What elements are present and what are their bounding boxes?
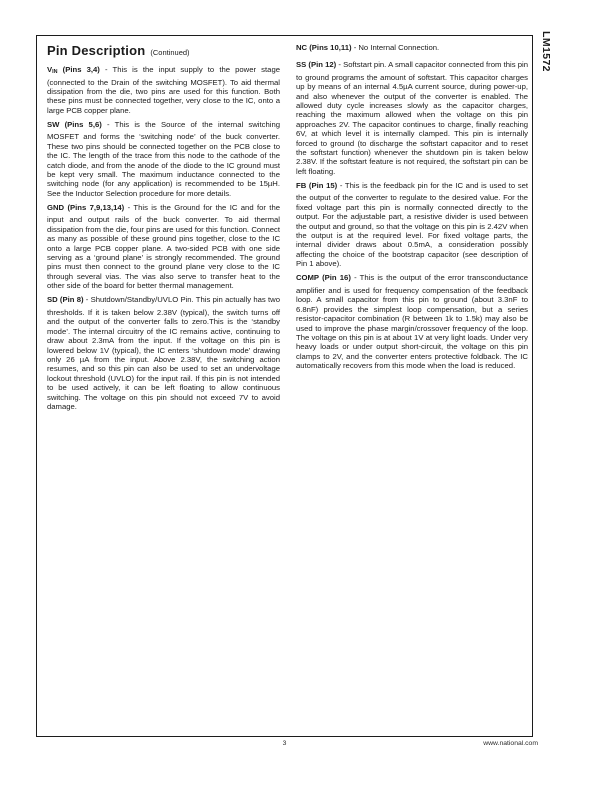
pin-name-gnd: GND (Pins 7,9,13,14) (47, 203, 124, 212)
pin-paragraph-sw: SW (Pins 5,6) - This is the Source of th… (47, 120, 280, 198)
pin-lead: GND (Pins 7,9,13,14) (47, 203, 124, 212)
content-border-box: Pin Description(Continued) VIN (Pins 3,4… (36, 35, 533, 737)
pin-paragraph-sd: SD (Pin 8) - Shutdown/Standby/UVLO Pin. … (47, 295, 280, 411)
pin-name-vin: VIN (Pins 3,4) (47, 65, 100, 74)
section-title-continued: (Continued) (150, 48, 189, 57)
pin-name-fb: FB (Pin 15) (296, 181, 337, 190)
pin-paragraph-ss: SS (Pin 12) - Softstart pin. A small cap… (296, 60, 528, 176)
pin-lead: COMP (Pin 16) (296, 273, 351, 282)
pin-body: - No Internal Connection. (354, 43, 439, 52)
pin-lead: FB (Pin 15) (296, 181, 337, 190)
website-text: www.national.com (483, 740, 538, 747)
pin-paragraph-nc: NC (Pins 10,11) - No Internal Connection… (296, 43, 528, 56)
pin-name-sw: SW (Pins 5,6) (47, 120, 102, 129)
pin-body: - This is the output of the error transc… (296, 273, 528, 370)
pin-lead: NC (Pins 10,11) (296, 43, 352, 52)
pin-body: - This is the Source of the internal swi… (47, 120, 280, 198)
part-number-vertical-label: LM1572 (540, 31, 552, 72)
pin-paragraph-gnd: GND (Pins 7,9,13,14) - This is the Groun… (47, 203, 280, 291)
pin-lead: SW (Pins 5,6) (47, 120, 102, 129)
pin-name-ss: SS (Pin 12) (296, 60, 336, 69)
pin-body: - This is the Ground for the IC and for … (47, 203, 280, 290)
pin-lead: SD (Pin 8) (47, 295, 84, 304)
left-column: Pin Description(Continued) VIN (Pins 3,4… (47, 43, 280, 416)
pin-paragraph-vin: VIN (Pins 3,4) - This is the input suppl… (47, 65, 280, 115)
pin-name-comp: COMP (Pin 16) (296, 273, 351, 282)
page-number: 3 (36, 740, 533, 747)
section-title: Pin Description(Continued) (47, 43, 280, 58)
section-title-text: Pin Description (47, 43, 145, 58)
pin-paragraph-fb: FB (Pin 15) - This is the feedback pin f… (296, 181, 528, 269)
pin-body: - This is the feedback pin for the IC an… (296, 181, 528, 268)
pin-body: - Shutdown/Standby/UVLO Pin. This pin ac… (47, 295, 280, 411)
pin-lead-rest: (Pins 3,4) (58, 65, 100, 74)
pin-name-sd: SD (Pin 8) (47, 295, 84, 304)
right-column: NC (Pins 10,11) - No Internal Connection… (296, 43, 528, 375)
pin-lead: SS (Pin 12) (296, 60, 336, 69)
pin-body: - Softstart pin. A small capacitor conne… (296, 60, 528, 176)
pin-name-nc: NC (Pins 10,11) (296, 43, 352, 52)
pin-paragraph-comp: COMP (Pin 16) - This is the output of th… (296, 273, 528, 370)
